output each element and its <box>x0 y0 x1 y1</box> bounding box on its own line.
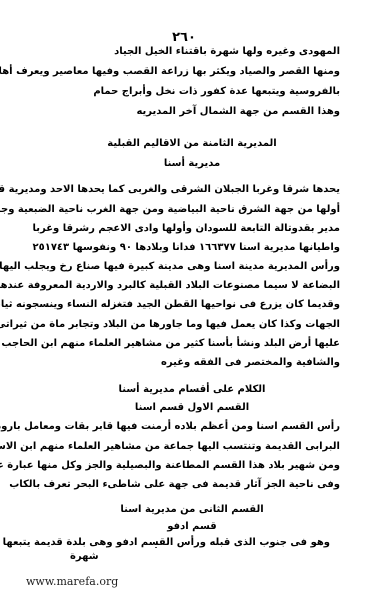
text-line: يحدها شرقا وغربا الجبلان الشرقى والغربى … <box>64 183 340 197</box>
document-page: ٢٦٠ المهودى وغيره ولها شهرة باقتناء الخي… <box>0 0 384 600</box>
text-line: وقديما كان يزرع فى نواحيها القطن الجيد ف… <box>44 298 340 312</box>
text-line: أولها من جهة الشرق ناحية البياضية ومن جه… <box>44 203 340 217</box>
text-line: البرابى القديمة وتنتسب اليها جماعة من مش… <box>84 440 340 454</box>
text-line: وهو فى جنوب الذى قبله ورأس القسم ادفو وه… <box>44 536 330 550</box>
text-line: بالفروسية ويتبعها عدة كفور ذات نخل وأبرا… <box>93 85 340 99</box>
text-line: المهودى وغيره ولها شهرة باقتناء الخيل ال… <box>114 45 340 59</box>
text-line: ورأس المديرية مدينة اسنا وهى مدينة كبيرة… <box>54 260 340 274</box>
page-number: ٢٦٠ <box>168 30 200 46</box>
text-line: ومنها القصر والصياد ويكثر بها زراعة القص… <box>44 65 340 79</box>
ink-speck <box>155 547 157 548</box>
text-line: وفى ناحية الجز آثار قديمة فى جهة على شاط… <box>9 478 340 492</box>
heading: قسم ادفو <box>0 520 384 534</box>
text-line: شهرة <box>70 550 99 564</box>
text-line: الجهات وكذا كان يعمل فيها وما جاورها من … <box>44 318 340 332</box>
text-line: وهذا القسم من جهة الشمال آخر المديريه <box>136 105 340 119</box>
text-line: مدير بقدوتالة التابعة للسودان وأولها واد… <box>33 222 341 236</box>
footer-url: www.marefa.org <box>26 575 118 588</box>
text-line: ومن شهير بلاد هذا القسم المطاعنة والبصيل… <box>54 459 340 473</box>
heading: الكلام على أقسام مديرية أسنا <box>0 383 384 397</box>
text-line: البضاعة لا سيما مصنوعات البلاد القبلية ك… <box>44 279 340 293</box>
heading: القسم الاول قسم اسنا <box>0 401 384 415</box>
text-line: والشافية والمختصر فى الفقه وغيره <box>161 356 340 370</box>
text-line: عليها أرض البلد ونشأ بأسنا كثير من مشاهي… <box>44 337 340 351</box>
text-line: رأس القسم اسنا ومن أعظم بلاده أرمنت فيها… <box>54 420 340 434</box>
heading: القسم الثانى من مديرية اسنا <box>0 503 384 517</box>
text-line: واطيانها مديرية اسنا ١٦٦٣٧٧ فدانا وبلاده… <box>33 241 340 255</box>
section-subheading: مديرية أسنا <box>0 157 384 171</box>
section-heading: المديرية الثامنة من الاقاليم القبلية <box>0 137 384 151</box>
